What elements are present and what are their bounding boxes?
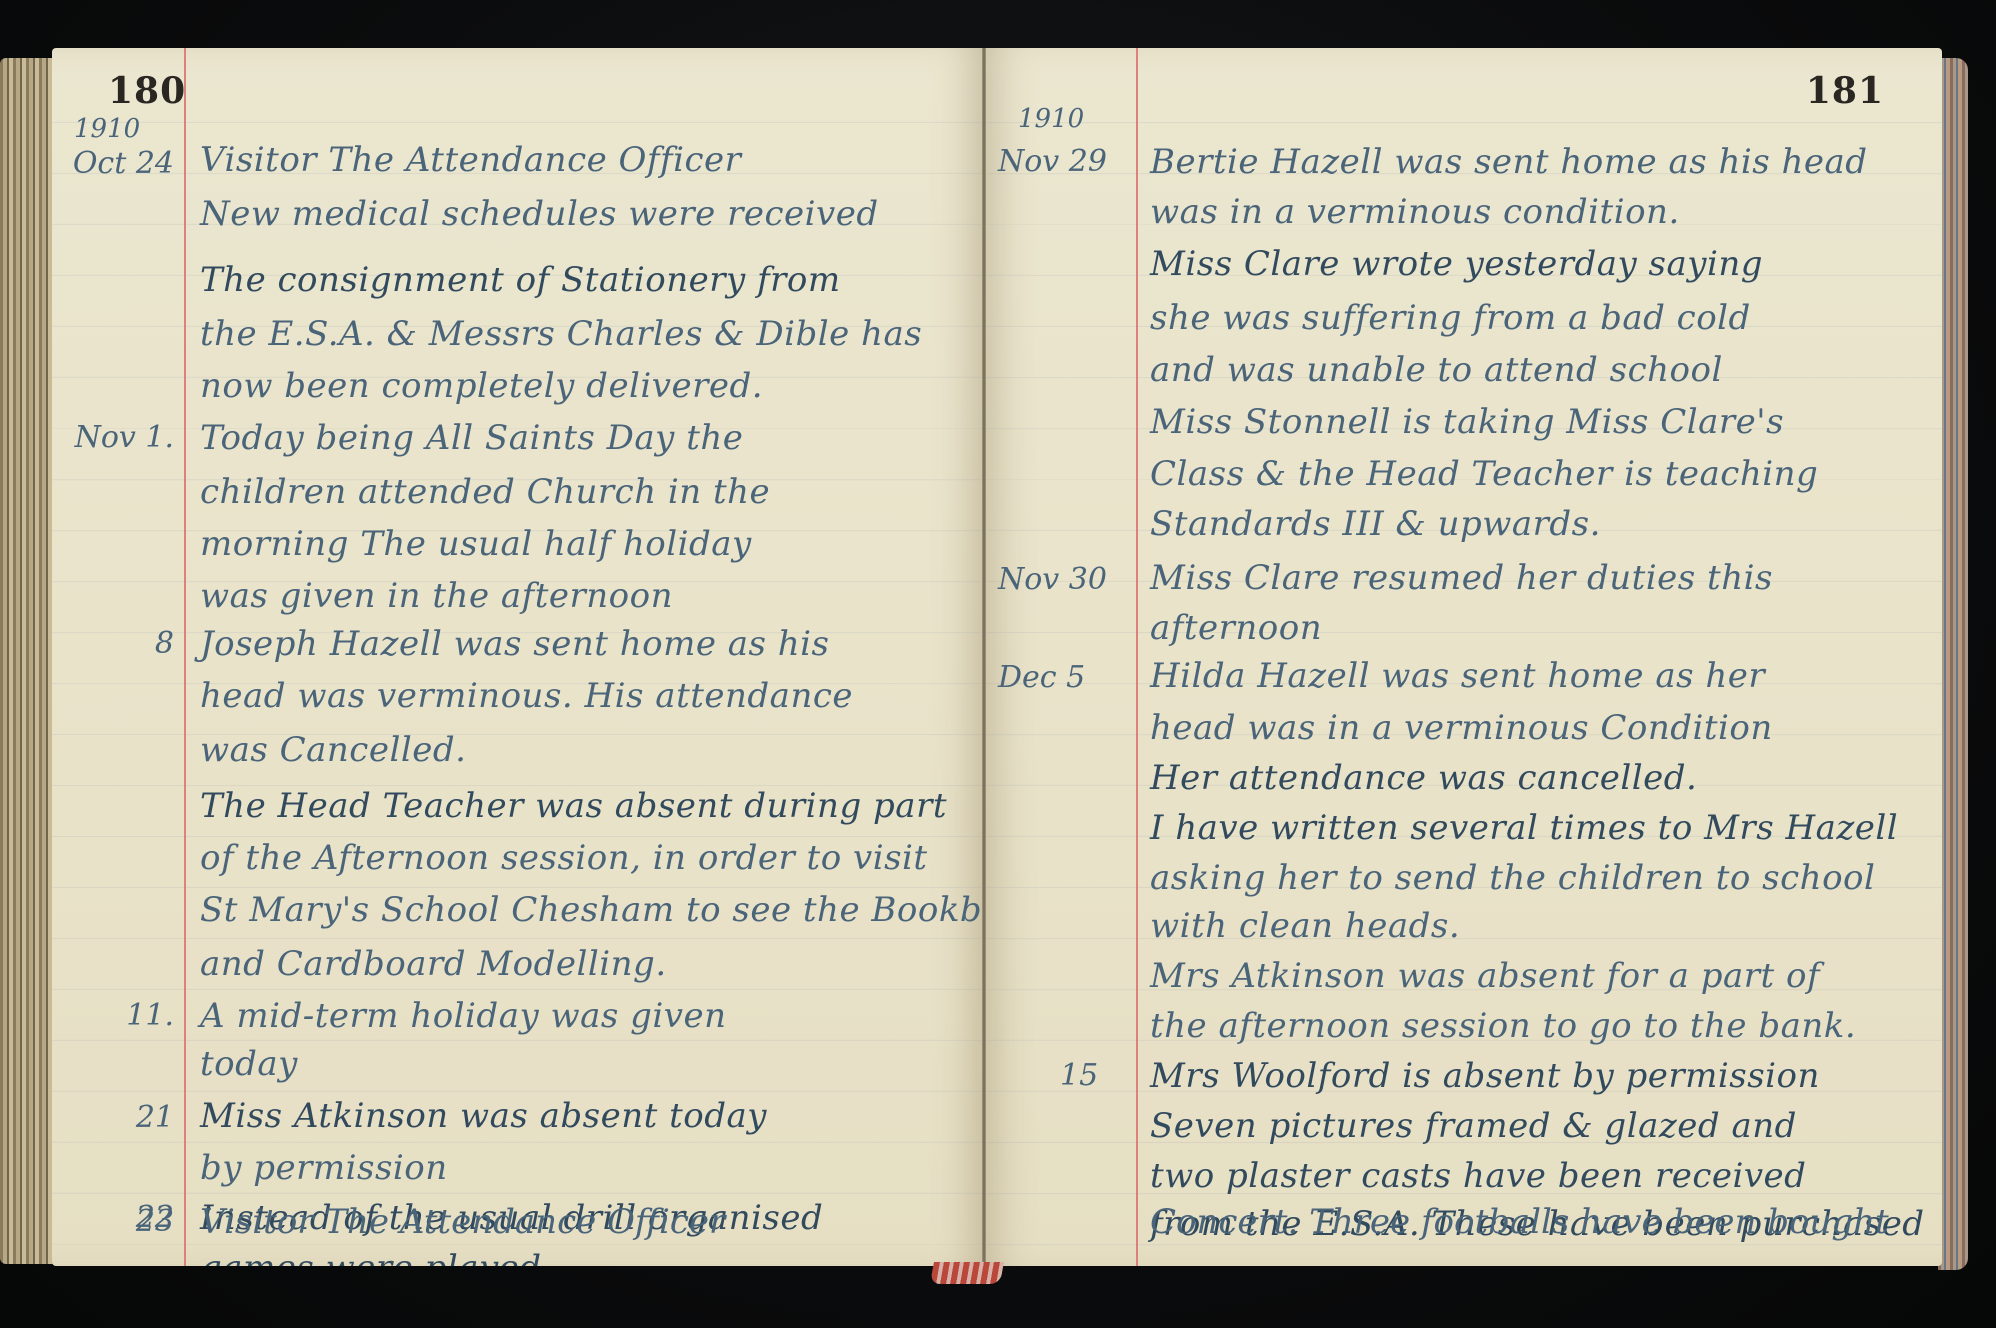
entry-line: St Mary's School Chesham to see the Book… [200,890,984,930]
bookmark-ribbon [930,1262,1004,1284]
entry-date: 21 [136,1100,174,1135]
entry-line: of the Afternoon session, in order to vi… [200,838,928,878]
entry-line: Bertie Hazell was sent home as his head [1150,142,1868,182]
entry-date: 8 [155,626,174,661]
entry-line: head was verminous. His attendance [200,676,853,716]
entry-line: asking her to send the children to schoo… [1150,858,1875,898]
year-heading: 1910 [74,114,140,144]
entry-line: Miss Clare wrote yesterday saying [1150,244,1763,284]
right-page-footer-lines: with part of the proceeds of the Childre… [986,1196,1942,1266]
entry-line: by permission [200,1148,448,1188]
entry-line: Visitor The Attendance Officer [200,1202,725,1242]
entry-line: I have written several times to Mrs Haze… [1150,808,1898,848]
entry-date: Nov 1. [75,420,174,455]
entry-line: Miss Stonnell is taking Miss Clare's [1150,402,1784,442]
entry-line: Visitor The Attendance Officer [200,140,741,180]
entry-line: Hilda Hazell was sent home as her [1150,656,1765,696]
entry-line: the E.S.A. & Messrs Charles & Dible has [200,314,922,354]
entry-line: was Cancelled. [200,730,466,770]
entry-line: today [200,1044,298,1084]
entry-date: Nov 29 [998,144,1126,179]
entry-line: New medical schedules were received [200,194,879,234]
entry-date: 23 [136,1204,174,1239]
page-stack-edge-left [0,58,54,1264]
margin-rule [184,48,186,1266]
entry-line: Mrs Woolford is absent by permission [1150,1056,1820,1096]
entry-line: The consignment of Stationery from [200,260,841,300]
entry-date: Oct 24 [73,146,174,181]
entry-line: children attended Church in the [200,472,770,512]
entry-date: Dec 5 [998,660,1126,695]
entry-line: and Cardboard Modelling. [200,944,667,984]
entry-line: Today being All Saints Day the [200,418,743,458]
right-page: 181 1910 Nov 29 Bertie Hazell was sent h… [986,48,1942,1266]
entry-line: and was unable to attend school [1150,350,1723,390]
page-number: 180 [108,70,186,112]
entry-date: Nov 30 [998,562,1126,597]
entry-line: Miss Clare resumed her duties this [1150,558,1773,598]
page-number: 181 [1806,70,1884,112]
entry-line: The Head Teacher was absent during part [200,786,947,826]
entry-line: Class & the Head Teacher is teaching [1150,454,1818,494]
entry-line: now been completely delivered. [200,366,763,406]
entry-line: Seven pictures framed & glazed and [1150,1106,1797,1146]
year-heading: 1910 [1018,104,1084,134]
entry-line: morning The usual half holiday [200,524,752,564]
left-page: 180 1910 Oct 24 Visitor The Attendance O… [52,48,984,1266]
entry-line: Joseph Hazell was sent home as his [200,624,830,664]
book-gutter [982,48,986,1266]
entry-line: Mrs Atkinson was absent for a part of [1150,956,1820,996]
entry-date: 11. [126,998,174,1033]
page-stack-edge-right [1938,58,1968,1270]
entry-line: two plaster casts have been received [1150,1156,1806,1196]
entry-line: was given in the afternoon [200,576,673,616]
entry-line: the afternoon session to go to the bank. [1150,1006,1856,1046]
entry-line: Standards III & upwards. [1150,504,1601,544]
entry-line: with clean heads. [1150,906,1460,946]
entry-line: afternoon [1150,608,1322,648]
entry-line: she was suffering from a bad cold [1150,298,1751,338]
entry-line: head was in a verminous Condition [1150,708,1773,748]
left-page-footer-entry: 23 Visitor The Attendance Officer [52,1196,984,1266]
entry-line: Miss Atkinson was absent today [200,1096,767,1136]
entry-line: Her attendance was cancelled. [1150,758,1697,798]
entry-line: A mid-term holiday was given [200,996,726,1036]
entry-line: was in a verminous condition. [1150,192,1680,232]
entry-line: Concert. Three footballs have been bough… [1150,1202,1889,1242]
